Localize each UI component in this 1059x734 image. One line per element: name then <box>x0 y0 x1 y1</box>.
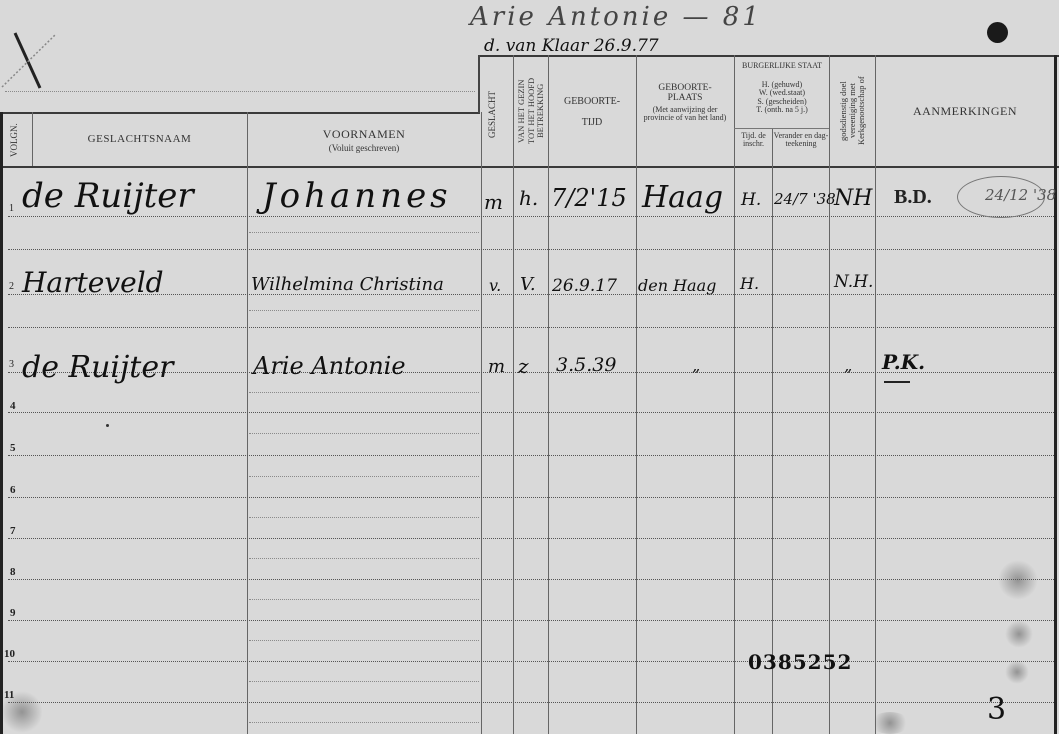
row3-geslachtsnaam: de Ruijter <box>22 350 173 385</box>
col-line-voornamen <box>481 112 482 734</box>
paper-stain <box>998 560 1038 600</box>
col-line-geboortetijd <box>636 55 637 734</box>
right-border <box>1054 55 1057 734</box>
row-line-5 <box>8 455 1054 456</box>
row-line-1 <box>8 216 1054 217</box>
voornamen-subline <box>249 722 479 723</box>
header-geboortetijd-1: GEBOORTE- <box>548 96 636 107</box>
row2-geboorteplaats: den Haag <box>638 276 716 295</box>
voornamen-subline <box>249 392 479 393</box>
row1-geboortetijd: 7/2'15 <box>551 184 627 212</box>
header-verandering: Verander en dag-teekening <box>773 132 829 149</box>
header-burg-staat-title: BURGERLIJKE STAAT <box>738 62 826 70</box>
header-bottom-border <box>0 166 1059 168</box>
row-line-7 <box>8 538 1054 539</box>
header-betrekking: BETREKKING TOT HET HOOFD VAN HET GEZIN <box>514 62 548 162</box>
corner-x-mark <box>0 25 60 95</box>
header-tijd-inschr: Tijd. de inschr. <box>735 132 772 149</box>
header-geboorteplaats-2: PLAATS <box>638 94 732 104</box>
voornamen-subline <box>249 558 479 559</box>
row2-voornamen: Wilhelmina Christina <box>251 274 444 295</box>
punch-hole <box>987 22 1008 43</box>
col-line-geslachtsnaam <box>247 112 248 734</box>
row-number-7: 7 <box>10 525 16 537</box>
row1-geboorteplaats: Haag <box>642 180 723 215</box>
paper-stain <box>1005 660 1029 684</box>
row3-voornamen: Arie Antonie <box>253 352 406 380</box>
row-number-4: 4 <box>10 400 16 412</box>
row-line-11 <box>8 702 1054 703</box>
top-dotted-line <box>5 91 475 92</box>
voornamen-subline <box>249 640 479 641</box>
voornamen-subline <box>249 681 479 682</box>
row-line-6 <box>8 497 1054 498</box>
voornamen-subline <box>249 517 479 518</box>
row3-aanmerkingen-underline <box>884 381 910 383</box>
voornamen-subline <box>249 232 479 233</box>
ink-dot <box>106 424 109 427</box>
voornamen-subline <box>249 476 479 477</box>
paper-stain <box>2 690 42 734</box>
row-number-9: 9 <box>10 607 16 619</box>
header-aanmerkingen: AANMERKINGEN <box>875 104 1055 119</box>
archive-stamp-number: 0385252 <box>748 650 852 674</box>
row2-kerk: N.H. <box>834 272 873 292</box>
row3-geboortetijd: 3.5.39 <box>556 354 616 376</box>
row2-geslachtsnaam: Harteveld <box>22 266 164 299</box>
header-voornamen: VOORNAMEN <box>247 127 481 142</box>
voornamen-subline <box>249 433 479 434</box>
header-left-top-border <box>0 112 480 114</box>
row3-geboorteplaats: „ <box>692 356 700 375</box>
header-top-border <box>478 55 1059 57</box>
burg-staat-subdivider <box>734 128 829 129</box>
row1-bd-stamp: B.D. <box>894 186 932 209</box>
header-burg-staat-codes: H. (gehuwd) W. (wed.staat) S. (gescheide… <box>736 81 828 115</box>
paper-stain <box>870 712 910 734</box>
row1-voornamen: Johannes <box>262 176 452 216</box>
voornamen-subline <box>249 310 479 311</box>
row1-verandering: 24/7 '38 <box>774 190 836 208</box>
annotation-date-line: d. van Klaar 26.9.77 <box>484 36 659 56</box>
row2-burg-staat: H. <box>740 274 759 293</box>
row1-geslachtsnaam: de Ruijter <box>22 176 194 216</box>
header-geslacht: GESLACHT <box>488 75 506 155</box>
row1-burg-staat: H. <box>741 190 761 210</box>
row1-geslacht: m <box>484 190 503 214</box>
row1-aanmerkingen-hand: 24/12 '38 <box>985 186 1056 204</box>
row3-kerk: „ <box>844 356 852 375</box>
left-border <box>0 112 3 734</box>
col-line-geboorteplaats <box>734 55 735 734</box>
col-line-betrekking <box>548 55 549 734</box>
row-line-2b <box>8 327 1054 328</box>
row1-kerk: NH <box>834 186 872 211</box>
row-line-1b <box>8 249 1054 250</box>
voornamen-subline <box>249 599 479 600</box>
header-step-line <box>478 55 480 113</box>
row-number-10: 10 <box>4 648 15 660</box>
row-number-8: 8 <box>10 566 16 578</box>
row2-geslacht: v. <box>489 276 501 295</box>
row-number-3: 3 <box>9 359 14 370</box>
annotation-name-line: Arie Antonie — 81 <box>470 2 762 32</box>
row-line-8 <box>8 579 1054 580</box>
row-number-5: 5 <box>10 442 16 454</box>
header-volgn: VOLGN. <box>10 118 24 162</box>
row-line-10 <box>8 661 1054 662</box>
row2-geboortetijd: 26.9.17 <box>552 276 617 296</box>
paper-stain <box>1005 620 1033 648</box>
header-voornamen-sub: (Voluit geschreven) <box>247 143 481 153</box>
row-line-4 <box>8 412 1054 413</box>
row-number-6: 6 <box>10 484 16 496</box>
header-geslachtsnaam: GESLACHTSNAAM <box>32 133 247 145</box>
row2-betrekking: V. <box>520 274 536 295</box>
header-geboorteplaats-sub: (Met aanwijzing der provincie of van het… <box>640 106 730 123</box>
header-geboortetijd-2: TIJD <box>548 117 636 128</box>
row1-betrekking: h. <box>519 186 538 210</box>
col-line-kerk <box>875 55 876 734</box>
header-kerkgenootschap: Kerkgenootschap of vereeniging met godsd… <box>830 60 875 164</box>
row-line-9 <box>8 620 1054 621</box>
row-number-1: 1 <box>9 203 14 214</box>
row-number-2: 2 <box>9 281 14 292</box>
row3-aanmerkingen: P.K. <box>882 350 925 374</box>
page-mark: 3 <box>987 692 1006 727</box>
col-line-tijd-inschr <box>772 128 773 734</box>
row3-betrekking: z <box>518 354 529 378</box>
row3-geslacht: m <box>488 356 505 377</box>
